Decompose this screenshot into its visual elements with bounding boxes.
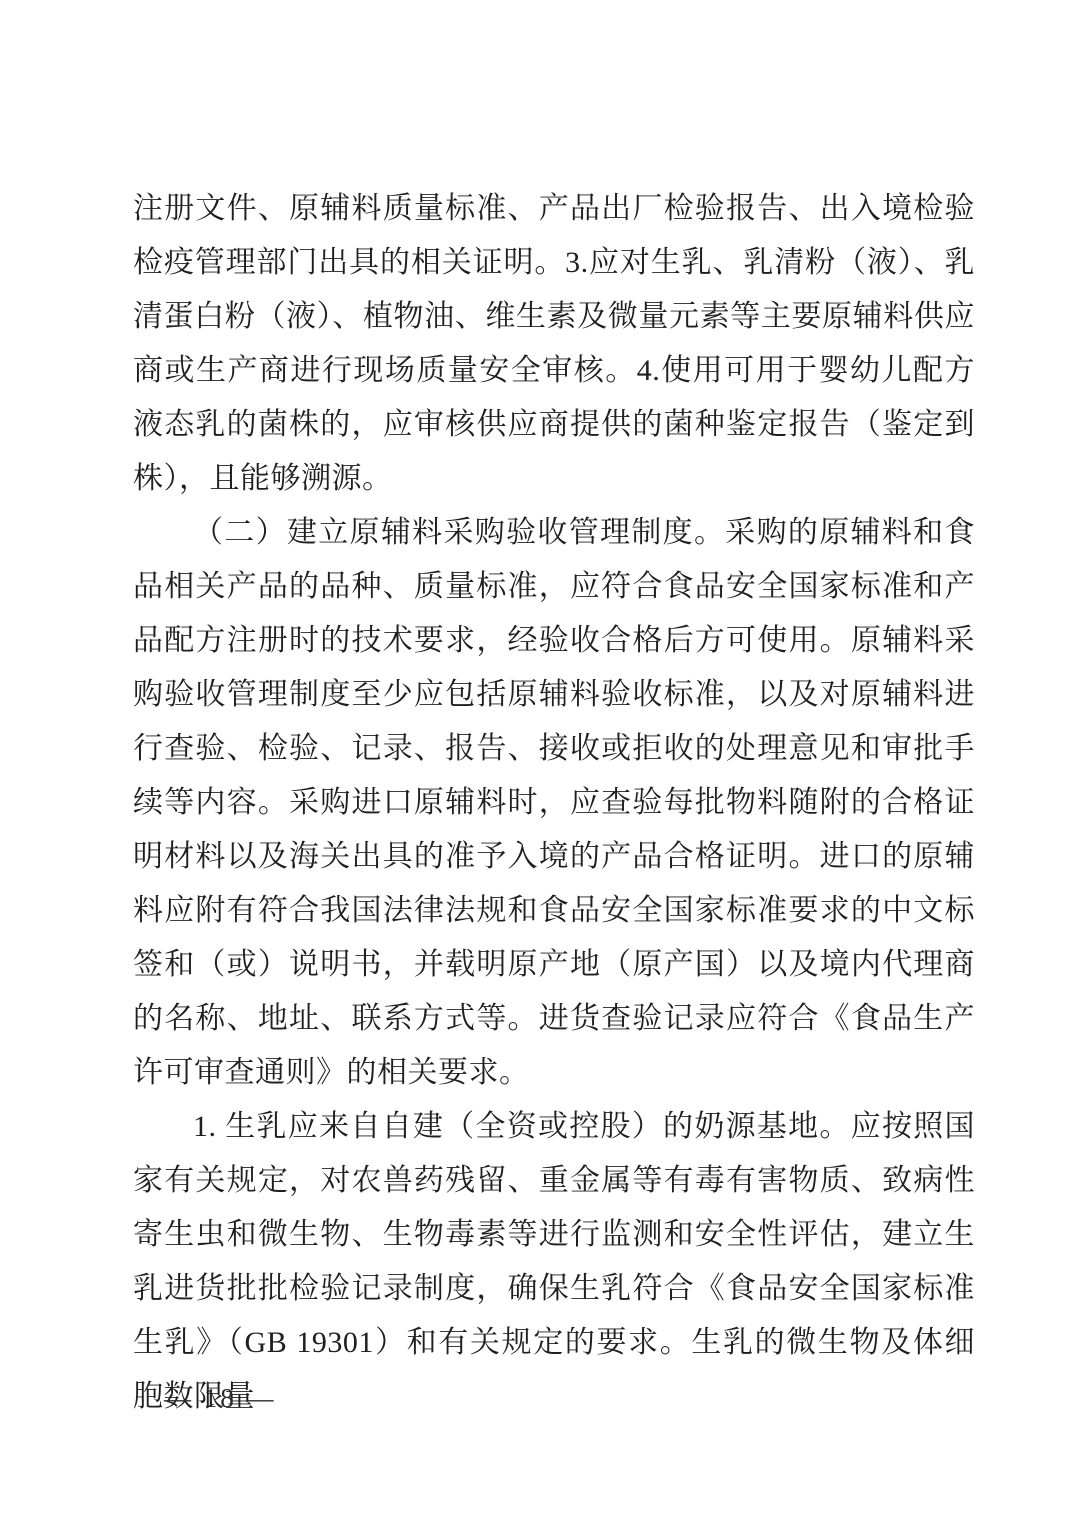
paragraph-continuation: 注册文件、原辅料质量标准、产品出厂检验报告、出入境检验检疫管理部门出具的相关证明… <box>133 182 975 506</box>
document-body: 注册文件、原辅料质量标准、产品出厂检验报告、出入境检验检疫管理部门出具的相关证明… <box>133 182 975 1424</box>
paragraph-section-2: （二）建立原辅料采购验收管理制度。采购的原辅料和食品相关产品的品种、质量标准，应… <box>133 506 975 1100</box>
document-page: 注册文件、原辅料质量标准、产品出厂检验报告、出入境检验检疫管理部门出具的相关证明… <box>0 0 1080 1527</box>
page-number: — 18 — <box>164 1383 277 1413</box>
paragraph-item-1: 1. 生乳应来自自建（全资或控股）的奶源基地。应按照国家有关规定，对农兽药残留、… <box>133 1100 975 1424</box>
